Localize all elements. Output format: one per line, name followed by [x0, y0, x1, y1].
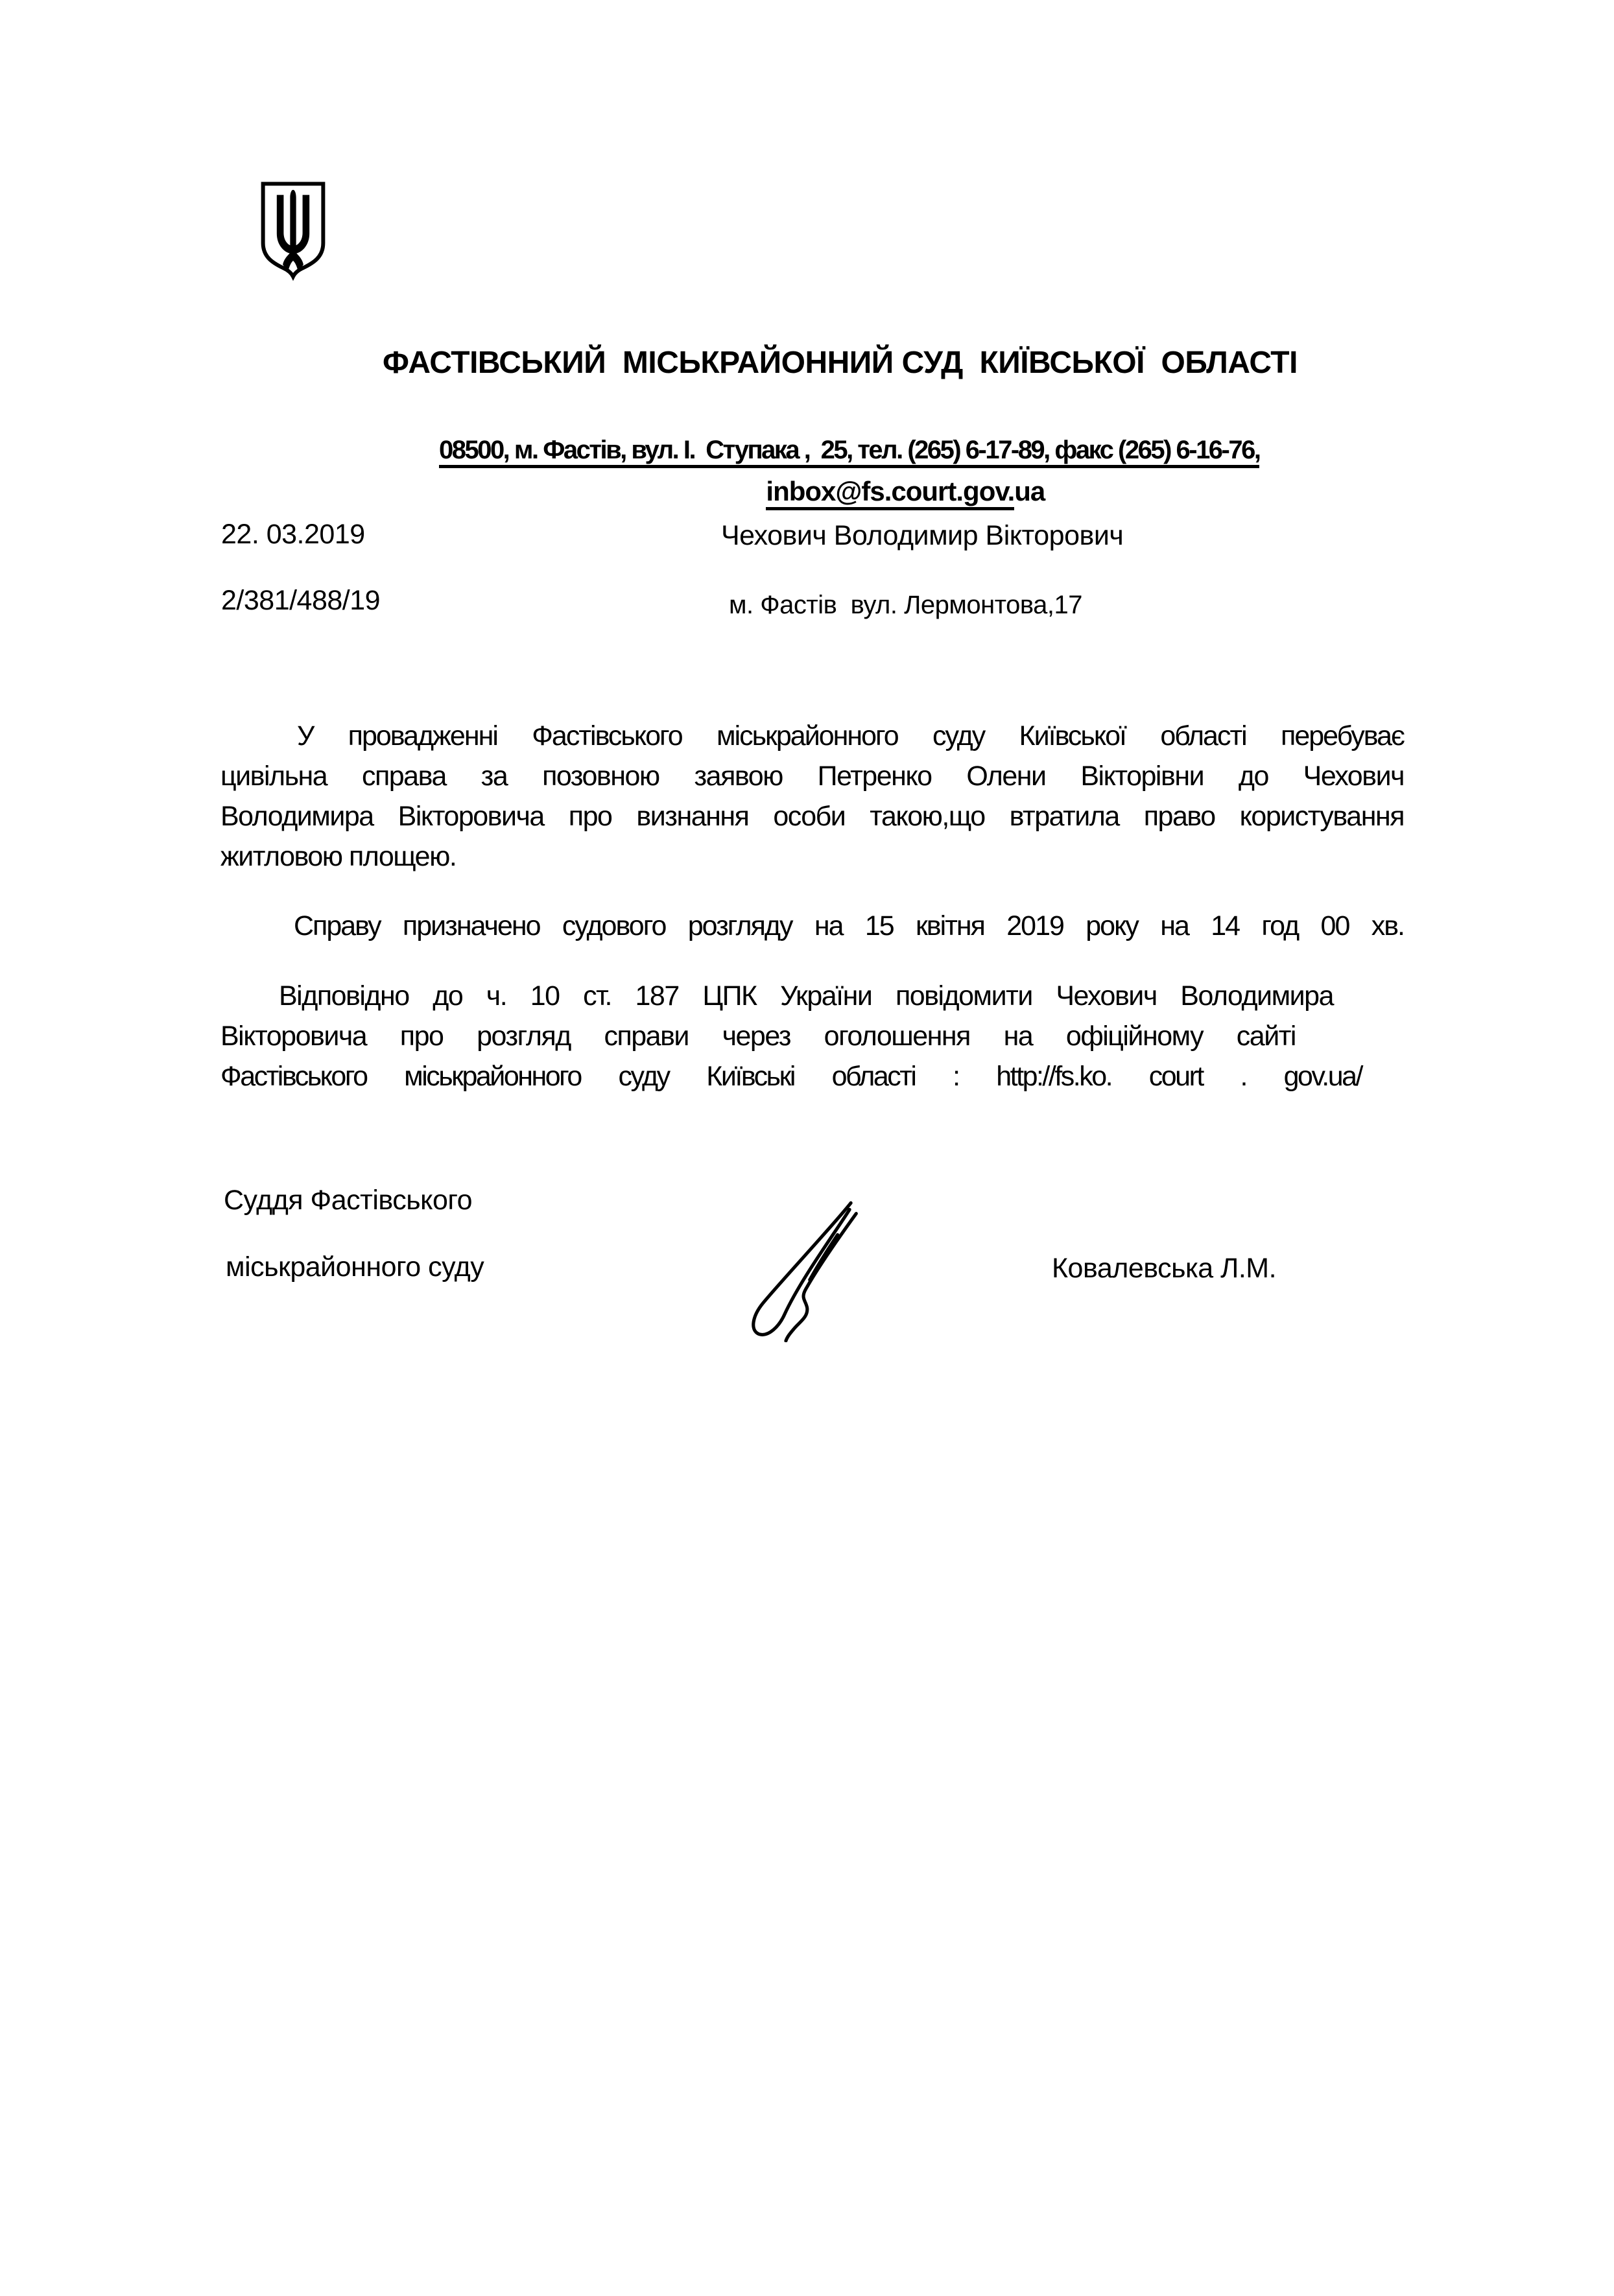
court-name-heading: ФАСТІВСЬКИЙ МІСЬКРАЙОННИЙ СУД КИЇВСЬКОЇ …: [66, 344, 1614, 383]
text-line: Відповідно до ч. 10 ст. 187 ЦПК України …: [220, 976, 1333, 1016]
body-paragraph-1: У провадженні Фастівського міськрайонног…: [220, 716, 1404, 877]
text-line: житловою площею.: [220, 836, 1404, 877]
text-line: Володимира Вікторовича про визнання особ…: [220, 796, 1404, 836]
body-paragraph-3: Відповідно до ч. 10 ст. 187 ЦПК України …: [220, 976, 1362, 1096]
judge-role-line-1: Суддя Фастівського: [224, 1180, 472, 1220]
text-line: Фастівського міськрайонного суду Київськ…: [220, 1056, 1362, 1096]
text-line: У провадженні Фастівського міськрайонног…: [220, 716, 1404, 756]
scanned-court-letter-page: ФАСТІВСЬКИЙ МІСЬКРАЙОННИЙ СУД КИЇВСЬКОЇ …: [0, 0, 1614, 2296]
recipient-address: м. Фастів вул. Лермонтова,17: [729, 585, 1082, 625]
recipient-name: Чехович Володимир Вікторович: [721, 515, 1123, 556]
judge-role-line-2: міськрайонного суду: [226, 1247, 484, 1287]
case-number: 2/381/488/19: [221, 580, 380, 621]
body-paragraph-2: Справу призначено судового розгляду на 1…: [220, 906, 1404, 946]
ukraine-trident-emblem-icon: [259, 170, 327, 290]
court-email-underlined: inbox@fs.court.gov.: [766, 476, 1014, 510]
text-line: цивільна справа за позовною заявою Петре…: [220, 756, 1404, 796]
court-email-tail: ua: [1014, 476, 1045, 506]
judge-name: Ковалевська Л.М.: [1052, 1248, 1276, 1288]
letter-date: 22. 03.2019: [221, 514, 365, 554]
handwritten-signature-icon: [739, 1196, 866, 1342]
text-line: Вікторовича про розгляд справи через ого…: [220, 1016, 1296, 1056]
